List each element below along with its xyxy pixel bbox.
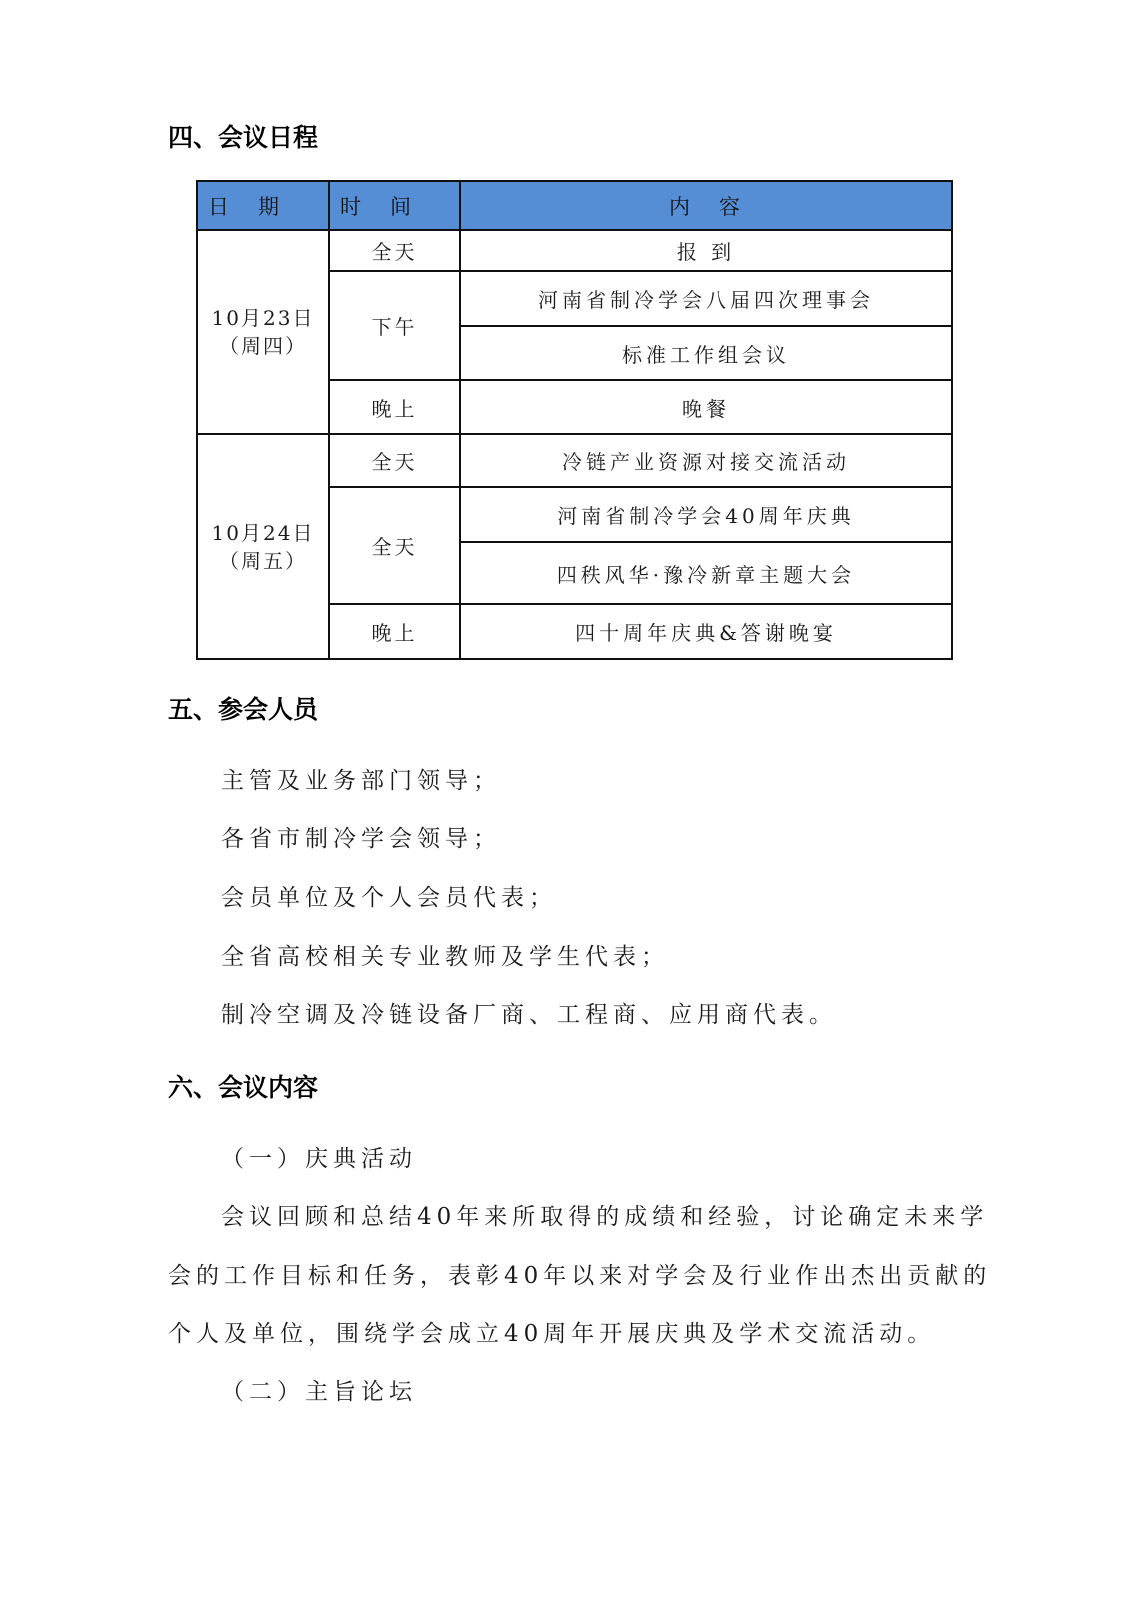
time-cell: 晚上 [329,380,460,434]
date-cell-day2: 10月24日 （周五） [197,434,329,659]
date-cell-day1: 10月23日 （周四） [197,230,329,434]
content-cell: 河南省制冷学会八届四次理事会 [460,271,952,326]
section-heading-attendees: 五、参会人员 [168,690,318,726]
section-heading-schedule: 四、会议日程 [168,118,318,154]
weekday-text: （周四） [198,332,328,360]
content-cell: 报 到 [460,230,952,271]
paragraph-line: 个人及单位，围绕学会成立40周年开展庆典及学术交流活动。 [168,1315,935,1348]
subsection-title-celebration: （一）庆典活动 [221,1140,417,1173]
table-row: 10月24日 （周五） 全天 冷链产业资源对接交流活动 [197,434,952,487]
content-cell: 河南省制冷学会40周年庆典 [460,487,952,542]
time-cell: 全天 [329,487,460,604]
header-content: 内容 [460,181,952,230]
header-date: 日期 [197,181,329,230]
content-cell: 四十周年庆典&答谢晚宴 [460,604,952,659]
content-cell: 晚餐 [460,380,952,434]
attendee-item: 主管及业务部门领导； [221,762,501,795]
attendee-item: 会员单位及个人会员代表； [221,879,557,912]
weekday-text: （周五） [198,547,328,575]
header-time: 时间 [329,181,460,230]
paragraph-line: 会议回顾和总结40年来所取得的成绩和经验，讨论确定未来学 [221,1198,988,1231]
subsection-title-forum: （二）主旨论坛 [221,1373,417,1406]
content-cell: 冷链产业资源对接交流活动 [460,434,952,487]
time-cell: 晚上 [329,604,460,659]
time-cell: 全天 [329,230,460,271]
date-text: 10月24日 [198,519,328,547]
attendee-item: 全省高校相关专业教师及学生代表； [221,938,669,971]
content-cell: 标准工作组会议 [460,326,952,380]
date-text: 10月23日 [198,304,328,332]
attendee-item: 制冷空调及冷链设备厂商、工程商、应用商代表。 [221,996,837,1029]
table-row: 10月23日 （周四） 全天 报 到 [197,230,952,271]
paragraph-line: 会的工作目标和任务，表彰40年以来对学会及行业作出杰出贡献的 [168,1257,991,1290]
time-cell: 全天 [329,434,460,487]
time-cell: 下午 [329,271,460,380]
section-heading-content: 六、会议内容 [168,1068,318,1104]
content-cell: 四秩风华·豫冷新章主题大会 [460,542,952,604]
schedule-table: 日期 时间 内容 10月23日 （周四） 全天 报 到 下午 河南省制冷学会八届… [196,180,953,660]
attendee-item: 各省市制冷学会领导； [221,820,501,853]
table-header-row: 日期 时间 内容 [197,181,952,230]
